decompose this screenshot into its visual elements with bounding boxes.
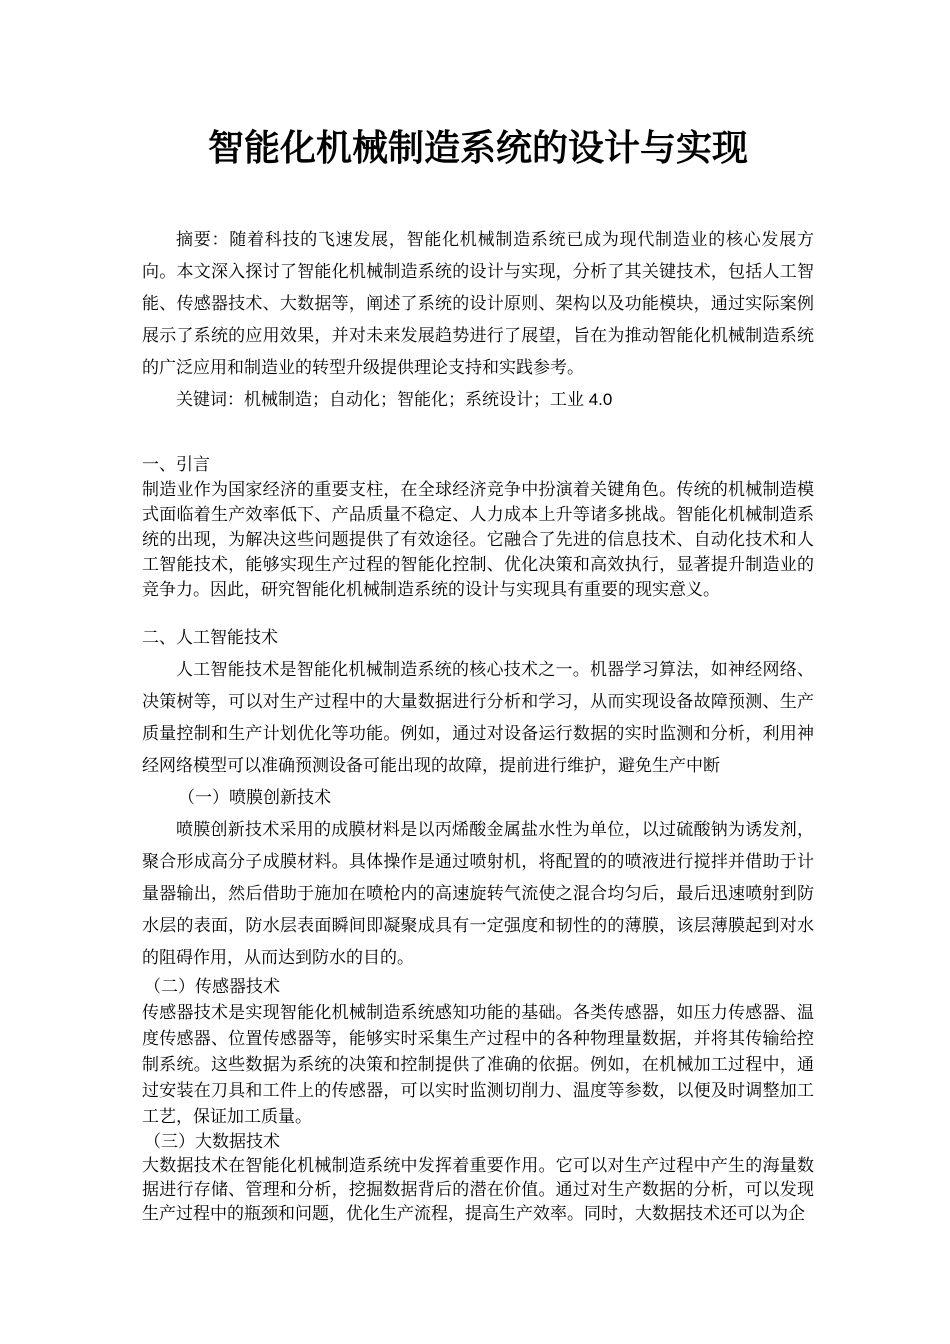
section-1-heading: 一、引言: [142, 452, 814, 477]
document-title: 智能化机械制造系统的设计与实现: [142, 0, 814, 172]
subsection-1-body: 喷膜创新技术采用的成膜材料是以丙烯酸金属盐水性为单位，以过硫酸钠为诱发剂，聚合形…: [142, 814, 814, 974]
subsection-2-heading: （二）传感器技术: [142, 974, 814, 1000]
document-content: 智能化机械制造系统的设计与实现 摘要：随着科技的飞速发展，智能化机械制造系统已成…: [0, 0, 950, 1226]
subsection-3-body: 大数据技术在智能化机械制造系统中发挥着重要作用。它可以对生产过程中产生的海量数据…: [142, 1154, 814, 1226]
subsection-2-body: 传感器技术是实现智能化机械制造系统感知功能的基础。各类传感器，如压力传感器、温度…: [142, 1000, 814, 1130]
subsection-3-heading: （三）大数据技术: [142, 1130, 814, 1154]
section-1-body: 制造业作为国家经济的重要支柱，在全球经济竞争中扮演着关键角色。传统的机械制造模式…: [142, 477, 814, 602]
section-2-intro-paragraph: 人工智能技术是智能化机械制造系统的核心技术之一。机器学习算法，如神经网络、决策树…: [142, 654, 814, 782]
abstract-paragraph: 摘要：随着科技的飞速发展，智能化机械制造系统已成为现代制造业的核心发展方向。本文…: [142, 224, 814, 384]
subsection-1-heading: （一）喷膜创新技术: [142, 782, 814, 814]
document-page: 智能化机械制造系统的设计与实现 摘要：随着科技的飞速发展，智能化机械制造系统已成…: [0, 0, 950, 1344]
keywords-line: 关键词：机械制造；自动化；智能化；系统设计；工业 4.0: [142, 384, 814, 416]
section-2-heading: 二、人工智能技术: [142, 622, 814, 654]
